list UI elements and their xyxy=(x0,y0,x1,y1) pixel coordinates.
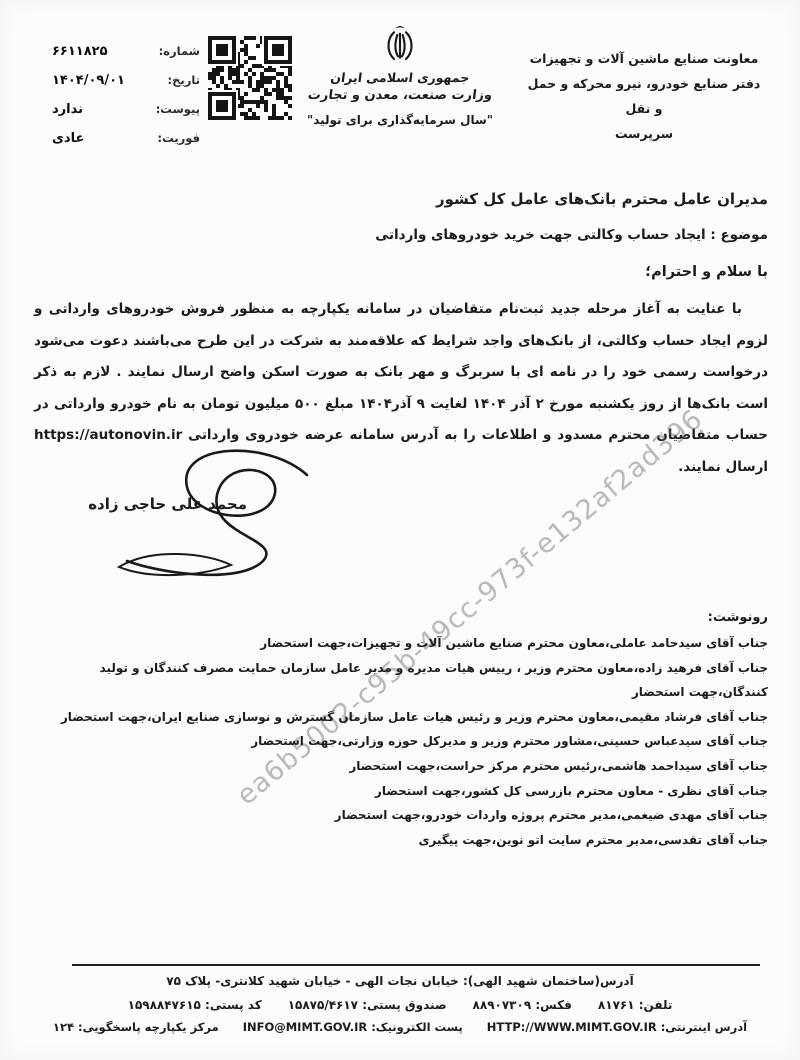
cc-item: جناب آقای فرشاد مقیمی،معاون محترم وزیر و… xyxy=(28,705,768,730)
cc-title: رونوشت: xyxy=(28,610,768,625)
footer-website: آدرس اینترنتی: HTTP://WWW.MIMT.GOV.IR xyxy=(487,1020,747,1034)
footer-pobox: صندوق پستی: ۱۵۸۷۵/۴۶۱۷ xyxy=(288,998,447,1012)
signature-block: محمد علی حاجی زاده xyxy=(62,445,342,595)
footer-divider xyxy=(72,964,760,966)
year-slogan: "سال سرمایه‌گذاری برای تولید" xyxy=(285,113,515,127)
body-text-2: ارسال نمایند. xyxy=(678,459,768,475)
department-line3: سرپرست xyxy=(524,121,764,146)
scanned-letter-page: شماره: ۶۶۱۱۸۲۵ تاریخ: ۱۴۰۴/۰۹/۰۱ پیوست: … xyxy=(0,0,800,1060)
cc-item: جناب آقای سیداحمد هاشمی،رئیس محترم مرکز … xyxy=(28,754,768,779)
cc-item: جناب آقای نظری - معاون محترم بازرسی کل ک… xyxy=(28,779,768,804)
letterhead-center: جمهوری اسلامی ایران وزارت صنعت، معدن و ت… xyxy=(285,20,515,127)
footer-contact-row: تلفن: ۸۱۷۶۱ فکس: ۸۸۹۰۷۳۰۹ صندوق پستی: ۱۵… xyxy=(0,998,800,1012)
body-text-1: با عنایت به آغاز مرحله جدید ثبت‌نام متقا… xyxy=(34,301,768,443)
cc-item: جناب آقای مهدی ضیغمی،مدیر محترم پروژه وا… xyxy=(28,803,768,828)
footer-phone: تلفن: ۸۱۷۶۱ xyxy=(598,998,672,1012)
letter-number-row: شماره: ۶۶۱۱۸۲۵ xyxy=(52,44,200,73)
footer-fax: فکس: ۸۸۹۰۷۳۰۹ xyxy=(473,998,572,1012)
letter-urgency-row: فوریت: عادی xyxy=(52,131,200,160)
footer-call-center: مرکز یکپارچه پاسخگویی: ۱۲۴ xyxy=(53,1020,219,1034)
attachment-value: ندارد xyxy=(52,102,83,117)
cc-item: جناب آقای فرهید زاده،معاون محترم وزیر ، … xyxy=(28,656,768,705)
footer-postal-code: کد پستی: ۱۵۹۸۸۴۷۶۱۵ xyxy=(128,998,262,1012)
letterhead-department: معاونت صنایع ماشین آلات و تجهیزات دفتر ص… xyxy=(524,46,764,146)
country-name: جمهوری اسلامی ایران xyxy=(284,70,516,85)
urgency-label: فوریت: xyxy=(158,131,200,145)
salutation-line: با سلام و احترام؛ xyxy=(645,264,768,280)
subject-line: موضوع : ایجاد حساب وکالتی جهت خرید خودرو… xyxy=(375,227,768,243)
handwritten-signature-scribble xyxy=(107,447,317,587)
cc-item: جناب آقای تقدسی،مدیر محترم سایت اتو نوین… xyxy=(28,828,768,853)
date-value: ۱۴۰۴/۰۹/۰۱ xyxy=(52,73,125,88)
date-label: تاریخ: xyxy=(168,73,200,87)
footer-email: پست الکترونیک: INFO@MIMT.GOV.IR xyxy=(243,1020,463,1034)
footer-address: آدرس(ساختمان شهید الهی): خیابان نجات اله… xyxy=(0,974,800,988)
urgency-value: عادی xyxy=(52,131,84,146)
iran-emblem-icon xyxy=(380,20,420,66)
qr-code xyxy=(208,36,292,120)
autonovin-url: https://autonovin.ir xyxy=(34,427,182,443)
addressee-line: مدیران عامل محترم بانک‌های عامل کل کشور xyxy=(436,190,768,208)
cc-section: رونوشت: جناب آقای سیدحامد عاملی،معاون مح… xyxy=(28,610,768,852)
cc-item: جناب آقای سیدحامد عاملی،معاون محترم صنای… xyxy=(28,631,768,656)
department-line2: دفتر صنایع خودرو، نیرو محرکه و حمل و نقل xyxy=(524,71,764,121)
ministry-name: وزارت صنعت، معدن و تجارت xyxy=(284,87,516,104)
cc-item: جناب آقای سیدعباس حسینی،مشاور محترم وزیر… xyxy=(28,729,768,754)
letter-date-row: تاریخ: ۱۴۰۴/۰۹/۰۱ xyxy=(52,73,200,102)
letter-attachment-row: پیوست: ندارد xyxy=(52,102,200,131)
department-line1: معاونت صنایع ماشین آلات و تجهیزات xyxy=(524,46,764,71)
number-label: شماره: xyxy=(159,44,200,58)
footer-web-row: آدرس اینترنتی: HTTP://WWW.MIMT.GOV.IR پس… xyxy=(0,1020,800,1034)
letter-meta-block: شماره: ۶۶۱۱۸۲۵ تاریخ: ۱۴۰۴/۰۹/۰۱ پیوست: … xyxy=(52,44,200,160)
attachment-label: پیوست: xyxy=(156,102,200,116)
cc-items: جناب آقای سیدحامد عاملی،معاون محترم صنای… xyxy=(28,631,768,852)
number-value: ۶۶۱۱۸۲۵ xyxy=(52,44,108,59)
